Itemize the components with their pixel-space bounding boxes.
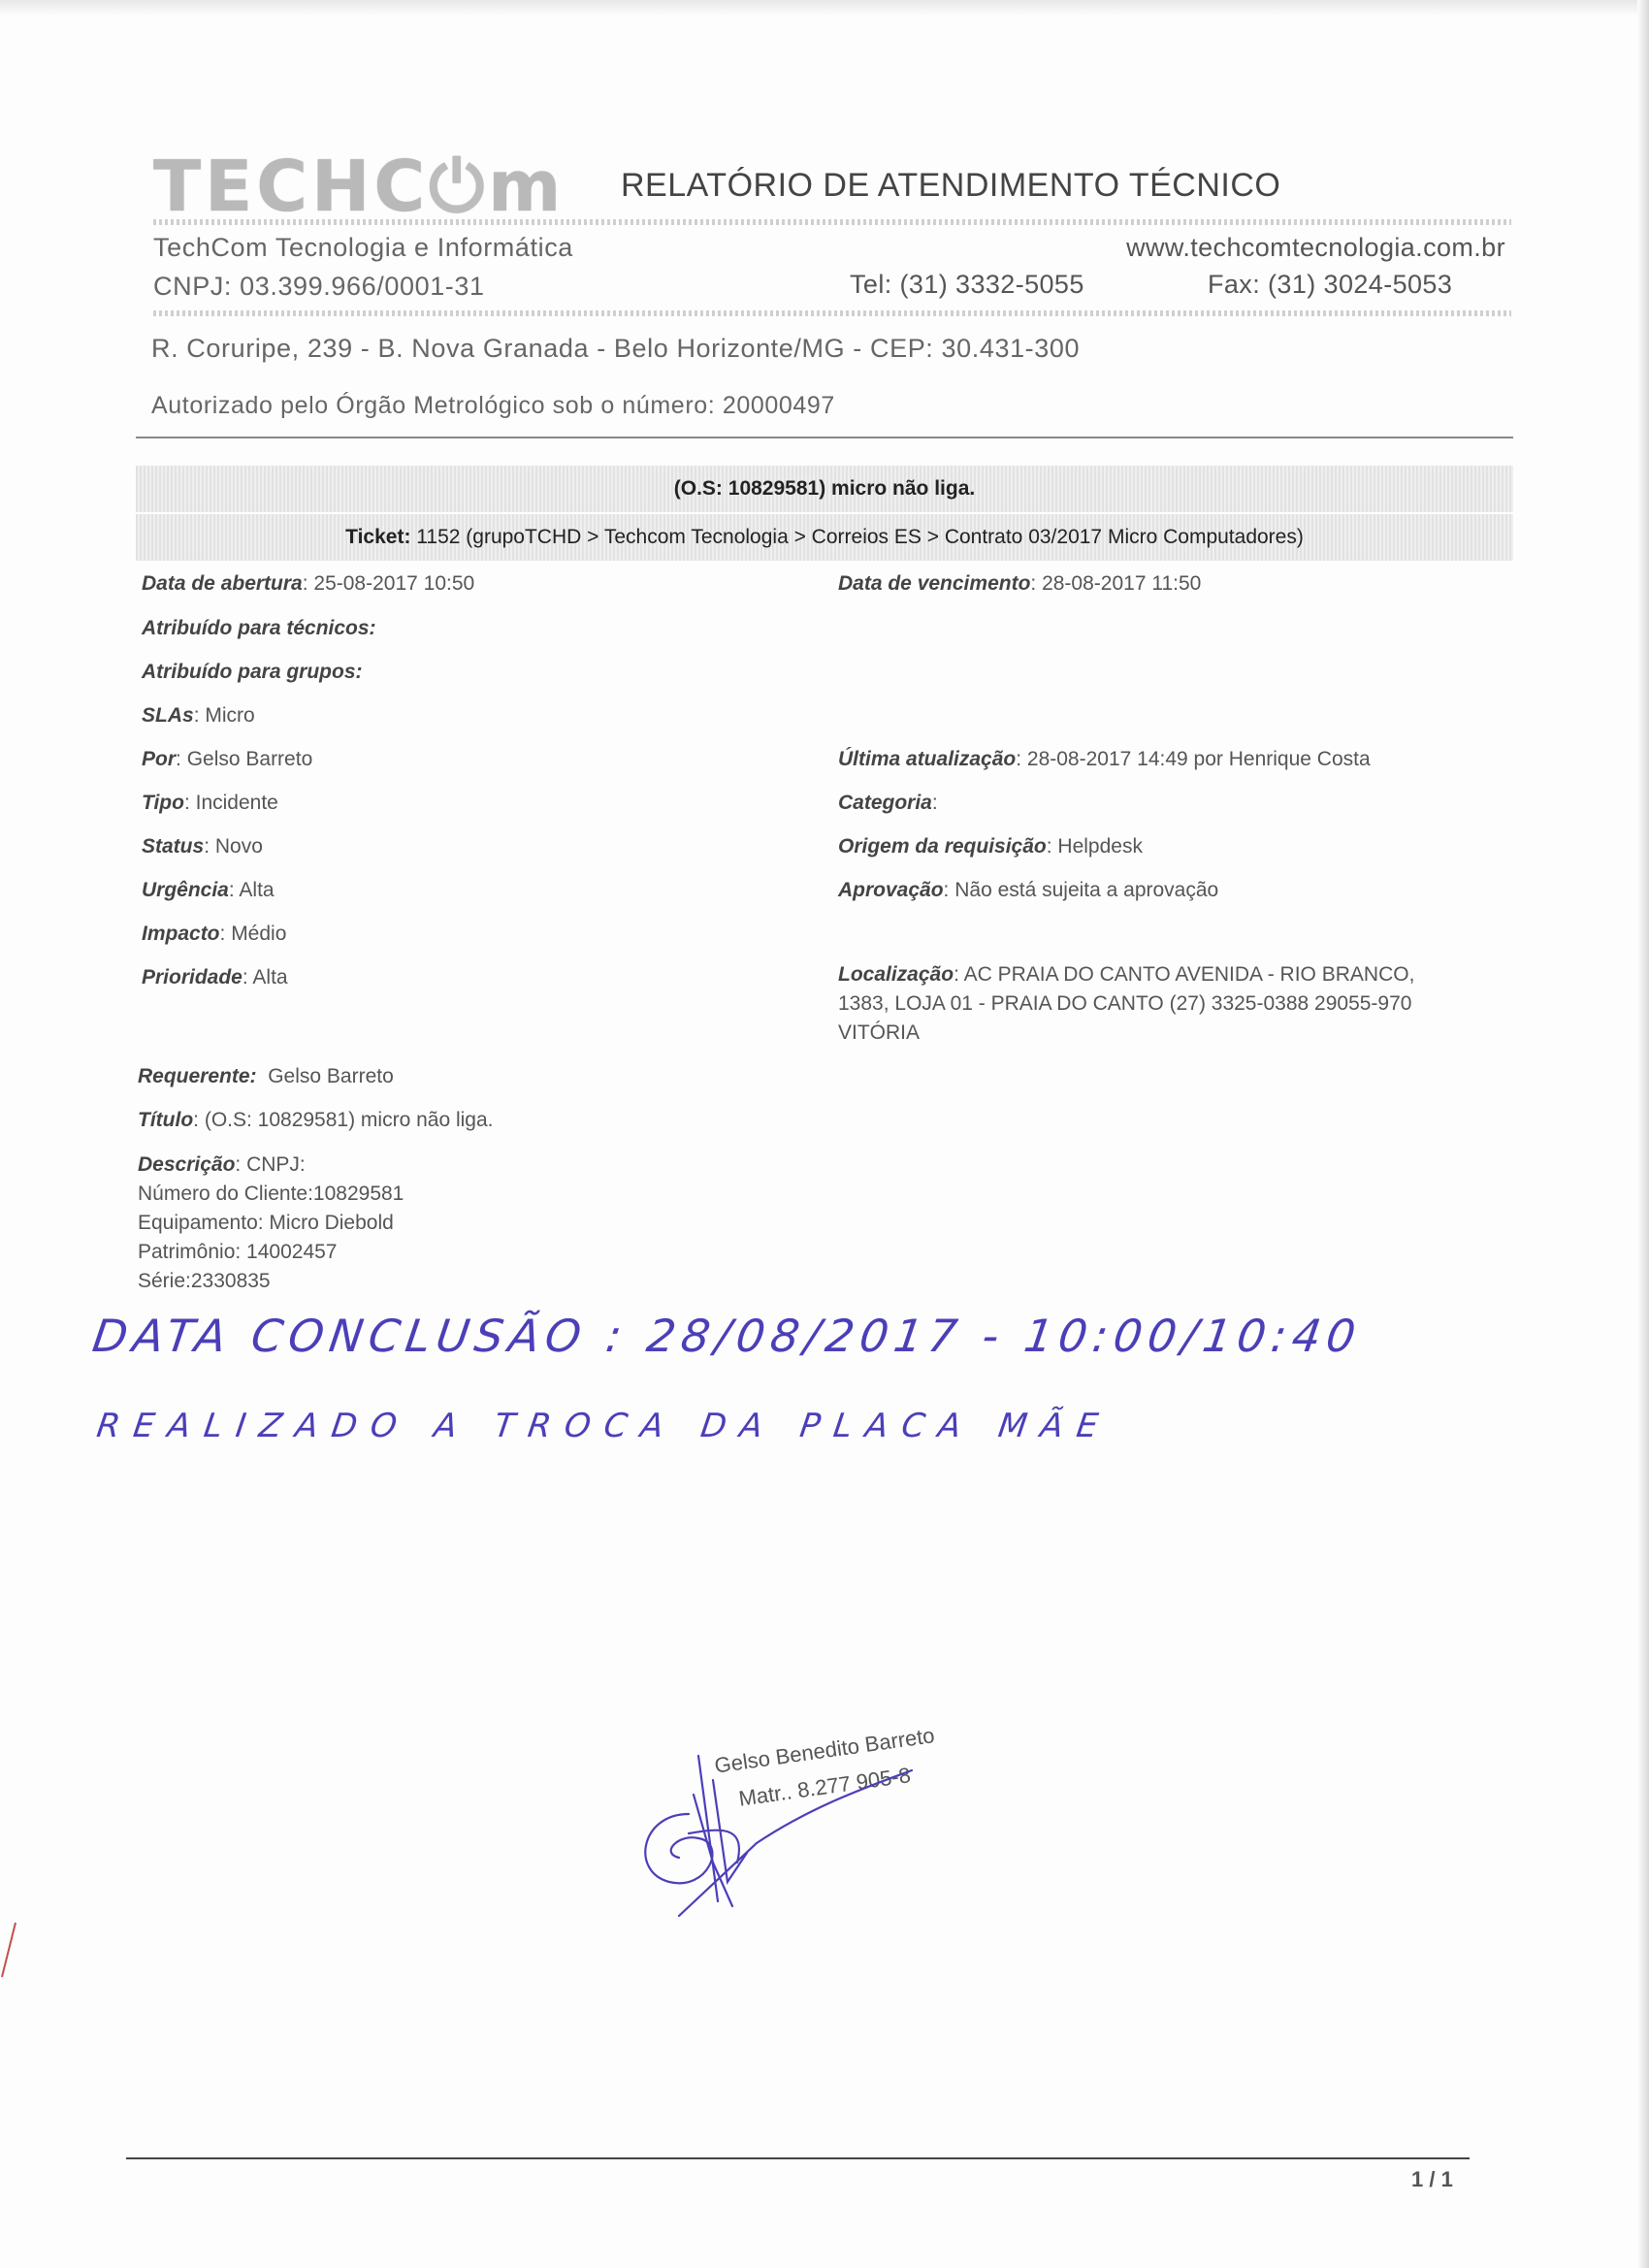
field-atribuido-grupos: Atribuído para grupos: — [142, 661, 363, 684]
field-status: Status: Novo — [142, 835, 263, 859]
field-atribuido-tecnicos: Atribuído para técnicos: — [142, 617, 376, 640]
document-page: TECHC⏻m RELATÓRIO DE ATENDIMENTO TÉCNICO… — [0, 0, 1649, 2268]
ticket-band: Ticket: 1152 (grupoTCHD > Techcom Tecnol… — [136, 514, 1513, 561]
company-cnpj: CNPJ: 03.399.966/0001-31 — [153, 272, 485, 302]
field-descricao: Descrição: CNPJ: Número do Cliente:10829… — [138, 1150, 404, 1296]
field-prioridade: Prioridade: Alta — [142, 966, 288, 989]
header-bottom-rule — [136, 437, 1513, 438]
metrology-authorization: Autorizado pelo Órgão Metrológico sob o … — [151, 392, 835, 420]
field-categoria: Categoria: — [838, 792, 938, 815]
company-tel: Tel: (31) 3332-5055 — [850, 270, 1084, 300]
field-localizacao: Localização: AC PRAIA DO CANTO AVENIDA -… — [838, 960, 1414, 1048]
field-ultima-atualizacao: Última atualização: 28-08-2017 14:49 por… — [838, 748, 1371, 771]
field-data-vencimento: Data de vencimento: 28-08-2017 11:50 — [838, 572, 1201, 596]
logo-text: TECHC — [153, 146, 429, 227]
company-name: TechCom Tecnologia e Informática — [153, 233, 573, 263]
handwritten-service-note: REALIZADO A TROCA DA PLACA MÃE — [94, 1407, 1114, 1445]
field-urgencia: Urgência: Alta — [142, 879, 275, 902]
os-headline-band: (O.S: 10829581) micro não liga. — [136, 466, 1513, 512]
field-slas: SLAs: Micro — [142, 704, 255, 728]
techcom-logo: TECHC⏻m — [153, 146, 565, 229]
footer-rule — [126, 2157, 1470, 2159]
ticket-label: Ticket: — [345, 526, 410, 549]
handwritten-conclusion-date: DATA CONCLUSÃO : 28/08/2017 - 10:00/10:4… — [89, 1310, 1364, 1362]
field-impacto: Impacto: Médio — [142, 923, 286, 946]
page-number: 1 / 1 — [1411, 2167, 1453, 2192]
field-tipo: Tipo: Incidente — [142, 792, 278, 815]
company-address: R. Coruripe, 239 - B. Nova Granada - Bel… — [151, 334, 1080, 364]
scan-right-edge — [1637, 0, 1649, 2268]
field-por: Por: Gelso Barreto — [142, 748, 312, 771]
scan-top-edge — [0, 0, 1649, 16]
report-title: RELATÓRIO DE ATENDIMENTO TÉCNICO — [621, 167, 1280, 205]
ticket-value: 1152 (grupoTCHD > Techcom Tecnologia > C… — [410, 526, 1303, 549]
field-requerente: Requerente: Gelso Barreto — [138, 1065, 394, 1088]
logo-suffix: m — [488, 146, 565, 227]
field-aprovacao: Aprovação: Não está sujeita a aprovação — [838, 879, 1218, 902]
company-website: www.techcomtecnologia.com.br — [1126, 233, 1505, 263]
header-divider — [153, 219, 1511, 225]
power-icon: ⏻ — [429, 146, 488, 229]
address-divider — [153, 310, 1511, 316]
margin-pen-mark-icon — [0, 1921, 17, 1979]
company-fax: Fax: (31) 3024-5053 — [1208, 270, 1452, 300]
signature-icon — [621, 1736, 931, 1921]
field-titulo: Título: (O.S: 10829581) micro não liga. — [138, 1109, 494, 1132]
os-headline: (O.S: 10829581) micro não liga. — [674, 477, 975, 501]
field-origem-requisicao: Origem da requisição: Helpdesk — [838, 835, 1143, 859]
field-data-abertura: Data de abertura: 25-08-2017 10:50 — [142, 572, 474, 596]
